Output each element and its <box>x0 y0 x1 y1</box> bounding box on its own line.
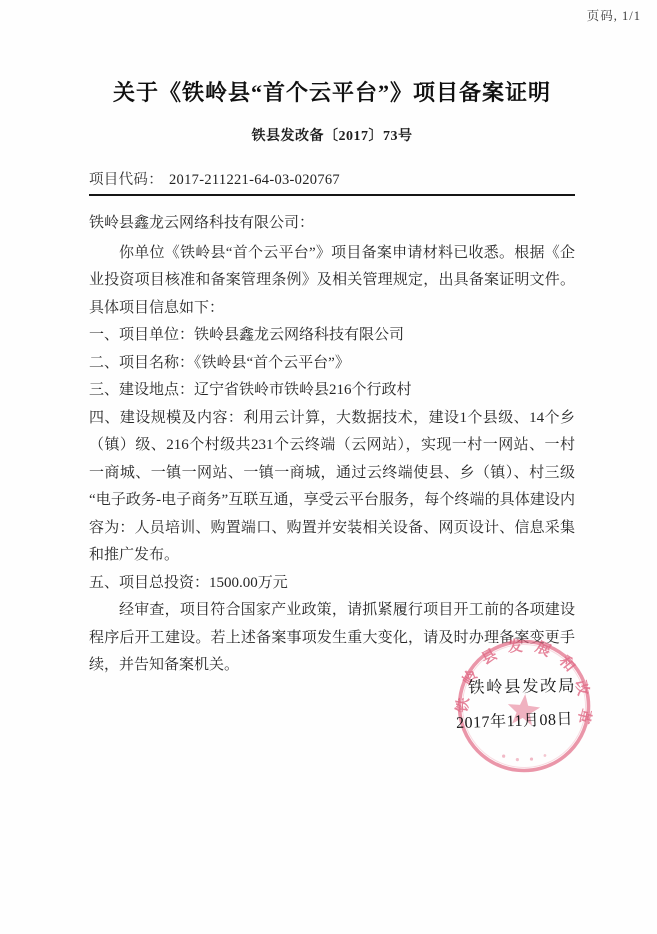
project-code-label: 项目代码： <box>89 172 163 188</box>
official-seal: 铁岭县发展和改革局 <box>444 626 604 786</box>
seal-speck <box>516 758 520 762</box>
signature-agency: 铁岭县发改局 <box>468 672 576 698</box>
intro-paragraph: 你单位《铁岭县“首个云平台”》项目备案申请材料已收悉。根据《企业投资项目核准和备… <box>89 240 575 323</box>
seal-speck <box>502 754 506 758</box>
document-page: 页码, 1/1 关于《铁岭县“首个云平台”》项目备案证明 铁县发改备〔2017〕… <box>0 0 657 934</box>
doc-item-4: 四、建设规模及内容：利用云计算，大数据技术，建设1个县级、14个乡（镇）级、21… <box>89 405 575 570</box>
doc-item-3: 三、建设地点：辽宁省铁岭市铁岭县216个行政村 <box>89 377 575 405</box>
doc-item-1: 一、项目单位：铁岭县鑫龙云网络科技有限公司 <box>89 322 575 350</box>
document-body: 关于《铁岭县“首个云平台”》项目备案证明 铁县发改备〔2017〕73号 项目代码… <box>89 78 575 680</box>
document-reference-number: 铁县发改备〔2017〕73号 <box>89 125 575 145</box>
seal-speck <box>530 757 534 761</box>
signature-date: 2017年11月08日 <box>456 706 574 733</box>
page-number: 页码, 1/1 <box>587 6 641 24</box>
salutation: 铁岭县鑫龙云网络科技有限公司： <box>89 211 575 232</box>
document-title: 关于《铁岭县“首个云平台”》项目备案证明 <box>89 78 575 108</box>
doc-item-5: 五、项目总投资：1500.00万元 <box>89 570 575 598</box>
seal-speck <box>543 754 546 757</box>
document-text: 你单位《铁岭县“首个云平台”》项目备案申请材料已收悉。根据《企业投资项目核准和备… <box>89 240 575 680</box>
project-code-value: 2017-211221-64-03-020767 <box>169 172 340 188</box>
project-code-line: 项目代码：2017-211221-64-03-020767 <box>89 168 575 196</box>
doc-item-2: 二、项目名称：《铁岭县“首个云平台”》 <box>89 350 575 378</box>
